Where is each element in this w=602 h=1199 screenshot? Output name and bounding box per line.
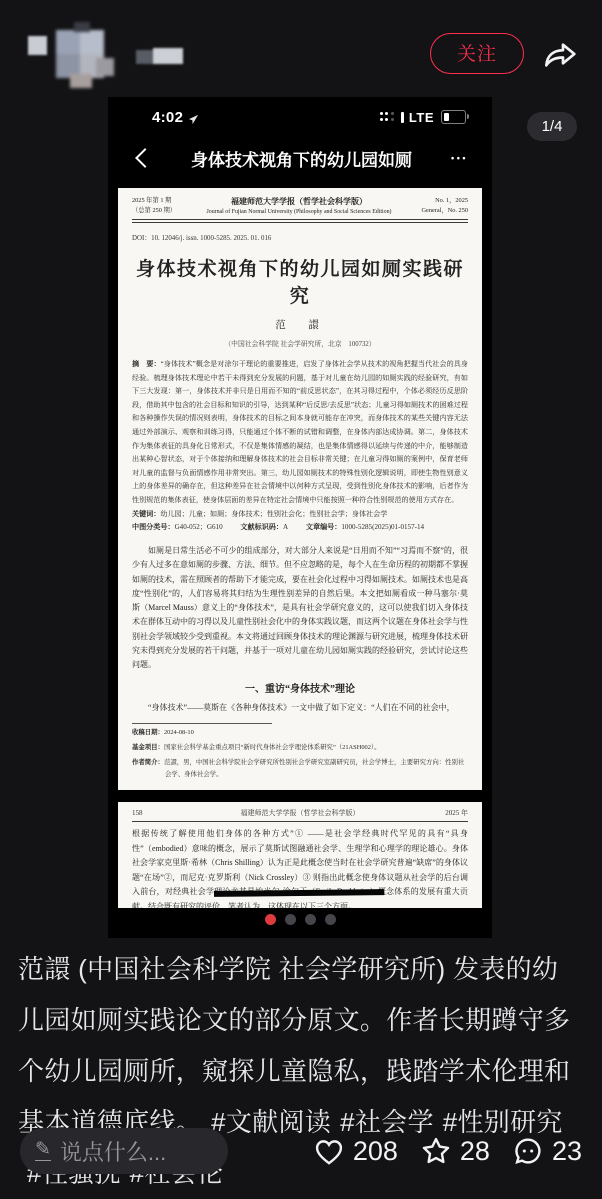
doc-code-label: 文献标识码：	[240, 523, 283, 531]
header-rule	[132, 219, 468, 223]
app-screen: 关注 4:02 LTE 身体技术视角下的幼儿园如厕	[0, 0, 602, 1199]
paper-abstract: 摘 要：“身体技术”概念是对涂尔干理论的重要推进，启发了身体社会学从技术的视角把…	[132, 358, 468, 508]
bottom-action-bar: ✎ 说点什么... 208 28	[0, 1122, 602, 1180]
username-mosaic-block	[136, 50, 153, 64]
abstract-text: “身体技术”概念是对涂尔干理论的重要推进，启发了身体社会学从技术的视角把握当代社…	[132, 360, 468, 504]
avatar-mosaic-block	[70, 74, 92, 88]
paper-author: 范 譞	[132, 317, 468, 332]
carousel-dot	[305, 914, 316, 925]
page2-running-head: 158 福建师范大学学报（哲学社会科学版） 2025 年	[132, 808, 468, 818]
paper-affiliation: （中国社会科学院 社会学研究所，北京 100732）	[132, 338, 468, 348]
section-intro-line: “身体技术”——莫斯在《各种身体技术》一文中做了如下定义：“人们在不同的社会中，	[132, 701, 468, 715]
keywords-text: 幼儿园；儿童；如厕；身体技术；性别社会化；性别社会学；身体社会学	[160, 510, 387, 518]
collect-count: 28	[460, 1136, 490, 1167]
share-icon[interactable]	[541, 36, 581, 76]
page-number: 158	[132, 809, 192, 817]
network-label: LTE	[409, 110, 434, 125]
paper-keywords: 关键词：幼儿园；儿童；如厕；身体技术；性别社会化；性别社会学；身体社会学	[132, 508, 468, 522]
post-image-screenshot[interactable]: 4:02 LTE 身体技术视角下的幼儿园如厕 ••• 2025 年第 1 期 （…	[108, 97, 492, 938]
running-head-year: 2025 年	[408, 808, 468, 818]
top-app-bar: 关注	[0, 0, 602, 96]
footnote-rule	[132, 723, 272, 724]
carousel-dot-active	[265, 914, 276, 925]
comment-placeholder: 说点什么...	[60, 1136, 166, 1167]
doc-code-value: A	[283, 523, 288, 531]
more-options-icon[interactable]: •••	[451, 153, 468, 163]
comment-button[interactable]: 23	[511, 1134, 582, 1168]
paper-classification-line: 中图分类号：G40-052；G610 文献标识码：A 文章编号：1000-528…	[132, 521, 468, 535]
bio-value: 范譞，男，中国社会科学院社会学研究所性别社会学研究室副研究员，社会学博士，主要研…	[164, 759, 464, 778]
comment-input[interactable]: ✎ 说点什么...	[20, 1128, 228, 1174]
bio-label: 作者简介：	[132, 759, 164, 766]
paper-title: 身体技术视角下的幼儿园如厕实践研究	[132, 254, 468, 308]
cellular-signal-icon	[380, 112, 395, 122]
avatar-mosaic-block	[96, 58, 114, 76]
doi-line: DOI：10. 12046/j. issn. 1000-5285. 2025. …	[132, 232, 468, 242]
journal-issue-en: No. 1，2025 General，No. 250	[404, 196, 468, 215]
clc-value: G40-052；G610	[175, 523, 223, 531]
journal-header: 2025 年第 1 期 （总第 250 期） 福建师范大学学报（哲学社会科学版）…	[132, 196, 468, 215]
avatar-mosaic-block	[56, 30, 80, 54]
avatar-mosaic-block	[80, 30, 104, 54]
image-page-indicator: 1/4	[527, 112, 577, 141]
clc-label: 中图分类号：	[132, 523, 175, 531]
username-redacted[interactable]	[136, 48, 188, 65]
battery-icon	[441, 110, 466, 124]
section-heading: 一、重访“身体技术”理论	[132, 680, 468, 695]
fund-label: 基金项目：	[132, 744, 164, 751]
pencil-icon: ✎	[35, 1140, 51, 1161]
fund-value: 国家社会科学基金重点项目“新时代身体社会学理论体系研究”（21ASH002）。	[164, 744, 381, 751]
phone-nav-bar: 身体技术视角下的幼儿园如厕 •••	[108, 141, 492, 175]
status-time: 4:02	[152, 109, 183, 126]
phone-status-bar: 4:02 LTE	[108, 106, 492, 128]
heart-icon	[312, 1134, 346, 1168]
comment-count: 23	[552, 1136, 582, 1167]
paper-page-1: 2025 年第 1 期 （总第 250 期） 福建师范大学学报（哲学社会科学版）…	[118, 188, 482, 790]
carousel-dot	[285, 914, 296, 925]
keywords-label: 关键词：	[132, 510, 160, 518]
article-id-label: 文章编号：	[306, 523, 341, 531]
paper-page-2: 158 福建师范大学学报（哲学社会科学版） 2025 年 根据传统了解使用他们身…	[118, 802, 482, 908]
collect-button[interactable]: 28	[419, 1134, 490, 1168]
article-id-value: 1000-5285(2025)01-0157-14	[341, 523, 424, 531]
back-button-redacted[interactable]	[28, 36, 47, 55]
journal-name-en: Journal of Fujian Normal University (Phi…	[194, 209, 404, 215]
journal-issue-cn: 2025 年第 1 期 （总第 250 期）	[132, 196, 194, 215]
received-value: 2024-08-10	[164, 729, 194, 736]
like-count: 208	[353, 1136, 398, 1167]
carousel-dot	[325, 914, 336, 925]
follow-button[interactable]: 关注	[430, 33, 524, 74]
page2-rule	[132, 821, 468, 822]
location-arrow-icon	[188, 112, 199, 123]
like-button[interactable]: 208	[312, 1134, 398, 1168]
journal-name-cn: 福建师范大学学报（哲学社会科学版）	[194, 196, 404, 207]
phone-nav-title: 身体技术视角下的幼儿园如厕	[152, 146, 451, 171]
abstract-label: 摘 要：	[132, 360, 161, 368]
comment-bubble-icon	[511, 1134, 545, 1168]
received-label: 收稿日期：	[132, 729, 164, 736]
fund-line: 基金项目：国家社会科学基金重点项目“新时代身体社会学理论体系研究”（21ASH0…	[132, 742, 468, 754]
star-icon	[419, 1134, 453, 1168]
carousel-dots[interactable]	[108, 914, 492, 925]
running-head-title: 福建师范大学学报（哲学社会科学版）	[192, 808, 408, 818]
cellular-bar-icon	[401, 112, 404, 123]
received-date-line: 收稿日期：2024-08-10	[132, 727, 468, 739]
avatar-mosaic-block	[74, 22, 90, 32]
paper-intro-paragraph: 如厕是日常生活必不可少的组成部分，对大部分人来说是“日用而不知”“习焉而不察”的…	[132, 544, 468, 672]
author-bio-line: 作者简介：范譞，男，中国社会科学院社会学研究所性别社会学研究室副研究员，社会学博…	[132, 757, 468, 781]
username-mosaic-block	[153, 48, 183, 64]
avatar[interactable]	[52, 22, 118, 88]
